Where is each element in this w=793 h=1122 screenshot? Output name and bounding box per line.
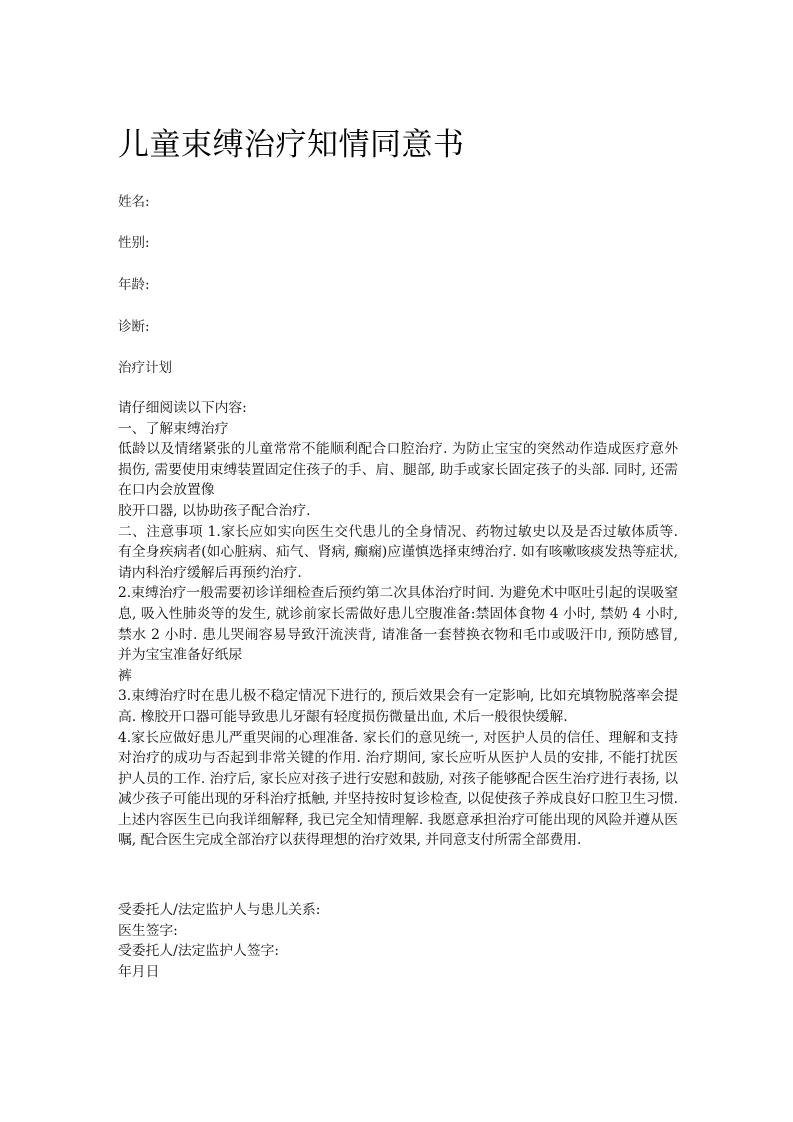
guardian-relation-label: 受委托人/法定监护人与患儿关系: (118, 900, 320, 921)
intro-text: 请仔细阅读以下内容: (118, 398, 678, 419)
date-label: 年月日 (118, 962, 320, 983)
field-age-label: 年龄: (118, 276, 150, 294)
notice-item-2: 2.束缚治疗一般需要初诊详细检查后预约第二次具体治疗时间. 为避免术中呕吐引起的… (118, 583, 678, 665)
document-title: 儿童束缚治疗知情同意书 (118, 125, 465, 165)
notice-item-2-continued: 裤 (118, 666, 678, 687)
section1-paragraph-continued: 胶开口器, 以协助孩子配合治疗. (118, 501, 678, 522)
guardian-signature-label: 受委托人/法定监护人签字: (118, 941, 320, 962)
section1-paragraph: 低龄以及情绪紧张的儿童常常不能顺利配合口腔治疗. 为防止宝宝的突然动作造成医疗意… (118, 439, 678, 501)
doctor-signature-label: 医生签字: (118, 921, 320, 942)
notice-item-1: 二、注意事项 1.家长应如实向医生交代患儿的全身情况、药物过敏史以及是否过敏体质… (118, 522, 678, 584)
field-treatment-plan-label: 治疗计划 (118, 359, 172, 377)
notice-item-3: 3.束缚治疗时在患儿极不稳定情况下进行的, 预后效果会有一定影响, 比如充填物脱… (118, 686, 678, 727)
signature-block: 受委托人/法定监护人与患儿关系: 医生签字: 受委托人/法定监护人签字: 年月日 (118, 900, 320, 982)
consent-statement: 上述内容医生已向我详细解释, 我已完全知情理解. 我愿意承担治疗可能出现的风险并… (118, 810, 678, 851)
field-name-label: 姓名: (118, 193, 150, 211)
section1-heading: 一、了解束缚治疗 (118, 419, 678, 440)
field-diagnosis-label: 诊断: (118, 318, 150, 336)
field-gender-label: 性别: (118, 234, 150, 252)
consent-body: 请仔细阅读以下内容: 一、了解束缚治疗 低龄以及情绪紧张的儿童常常不能顺利配合口… (118, 398, 678, 851)
notice-item-4: 4.家长应做好患儿严重哭闹的心理准备. 家长们的意见统一, 对医护人员的信任、理… (118, 728, 678, 810)
